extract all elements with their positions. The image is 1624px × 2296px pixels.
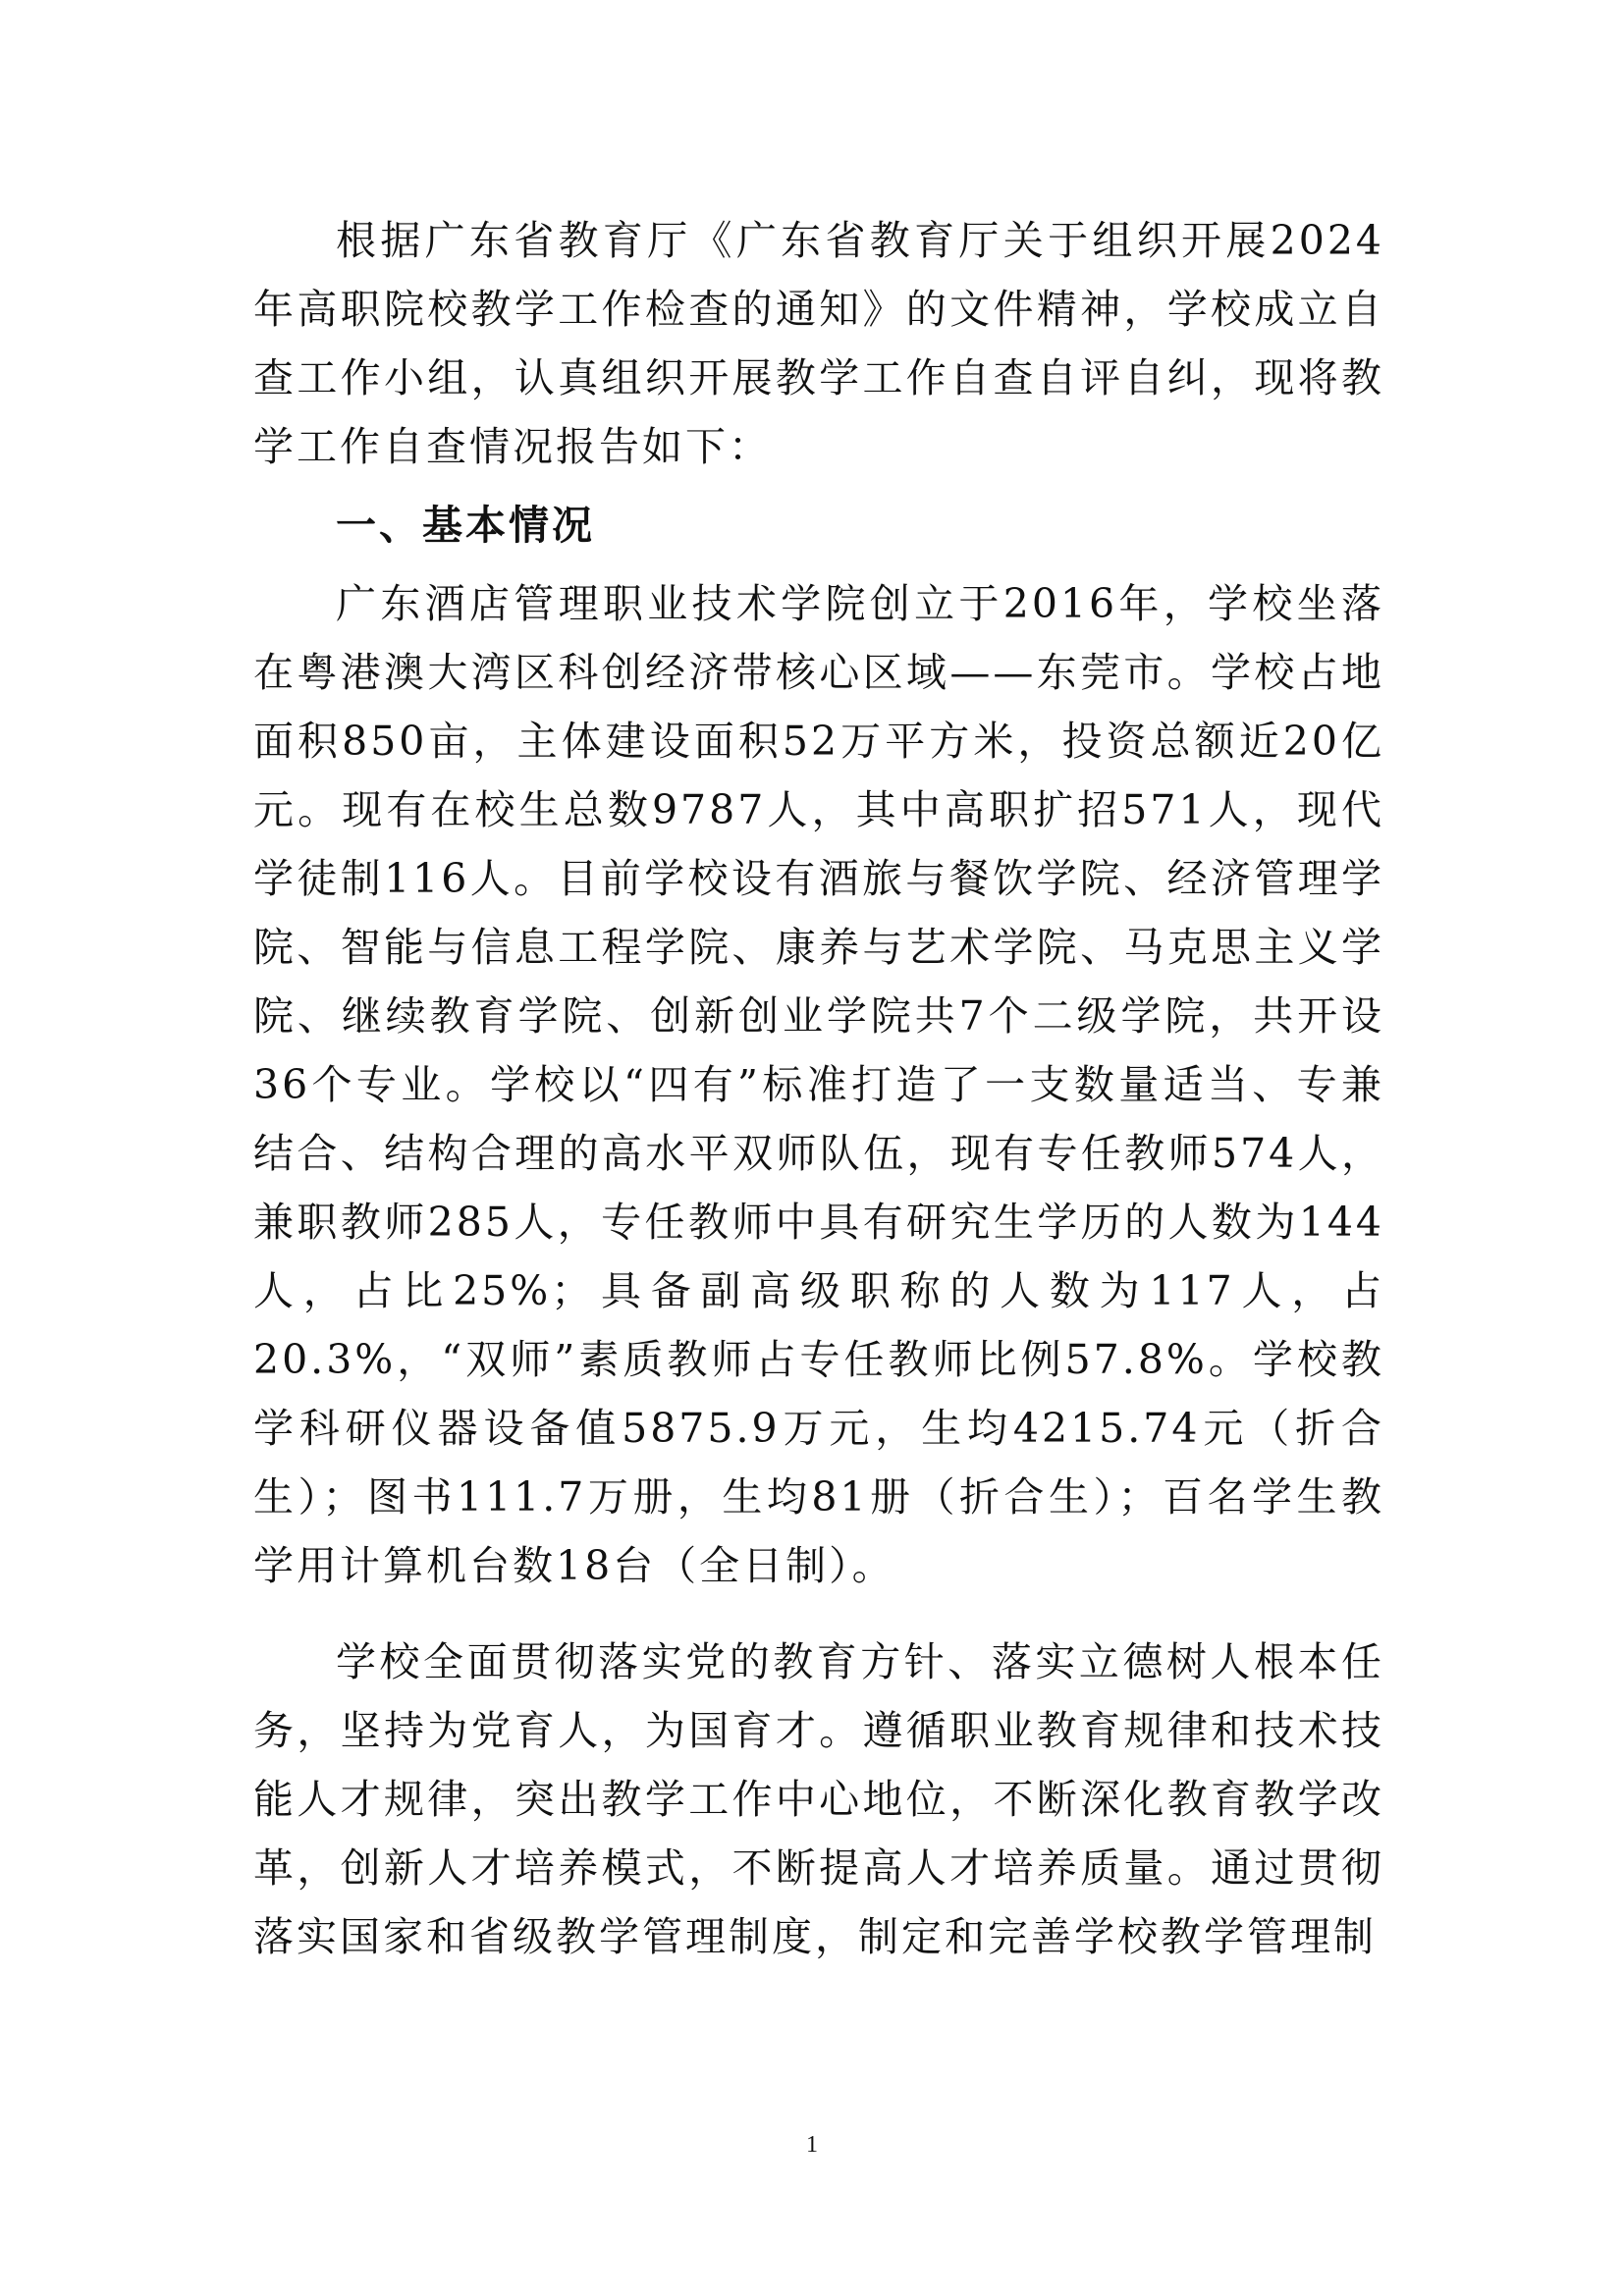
page-number: 1 bbox=[0, 2132, 1624, 2159]
section-heading: 一、基本情况 bbox=[253, 491, 1384, 560]
teaching-paragraph: 学校全面贯彻落实党的教育方针、落实立德树人根本任务，坚持为党育人，为国育才。遵循… bbox=[253, 1628, 1384, 1971]
basic-info-paragraph: 广东酒店管理职业技术学院创立于2016年，学校坐落在粤港澳大湾区科创经济带核心区… bbox=[253, 569, 1384, 1600]
document-page: 根据广东省教育厅《广东省教育厅关于组织开展2024年高职院校教学工作检查的通知》… bbox=[0, 0, 1624, 2296]
intro-paragraph: 根据广东省教育厅《广东省教育厅关于组织开展2024年高职院校教学工作检查的通知》… bbox=[253, 206, 1384, 481]
document-body: 根据广东省教育厅《广东省教育厅关于组织开展2024年高职院校教学工作检查的通知》… bbox=[253, 206, 1384, 1971]
